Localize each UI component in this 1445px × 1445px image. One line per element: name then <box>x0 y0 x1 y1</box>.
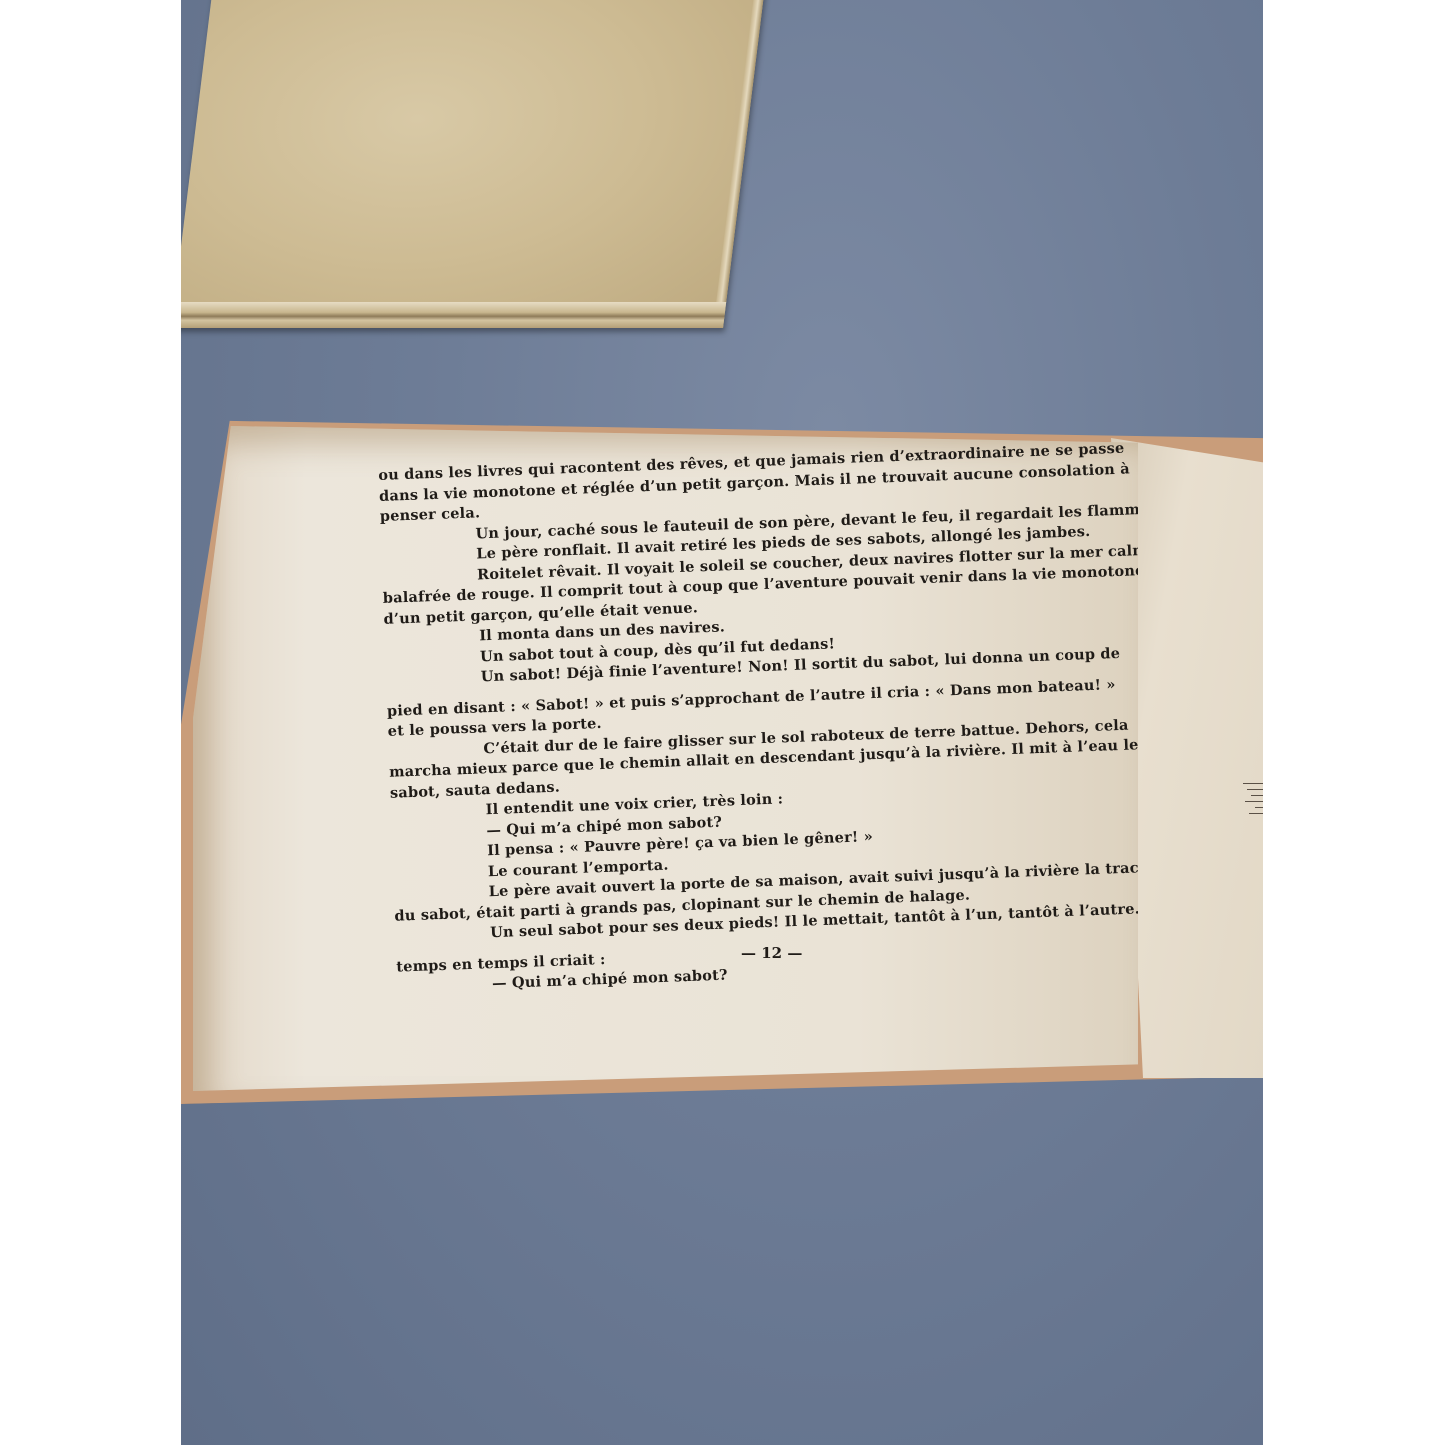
page-text: ou dans les livres qui racontent des rêv… <box>378 438 1157 998</box>
closed-book-spine <box>181 302 726 328</box>
closed-book-edge <box>713 0 766 328</box>
open-book: ou dans les livres qui racontent des rêv… <box>181 414 1263 1109</box>
left-page: ou dans les livres qui racontent des rêv… <box>193 426 1138 1091</box>
book-photo: ou dans les livres qui racontent des rêv… <box>181 0 1263 1445</box>
illustration-marks <box>1243 778 1263 828</box>
closed-book <box>181 0 766 328</box>
page-number: — 12 — <box>741 944 802 962</box>
